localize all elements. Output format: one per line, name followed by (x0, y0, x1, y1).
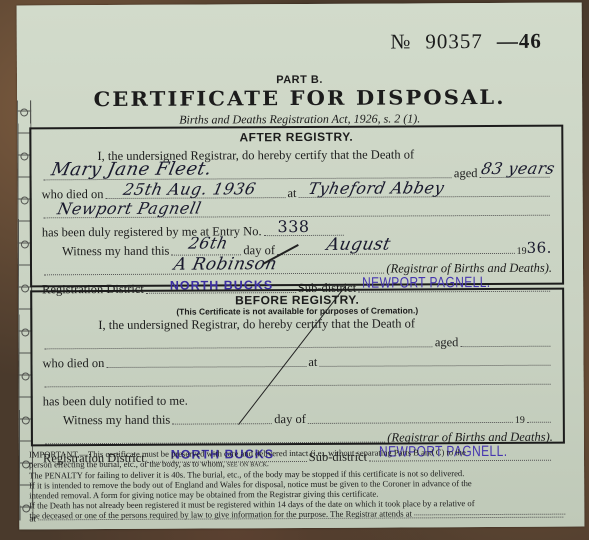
signature-field: A Robinson (44, 270, 384, 276)
witness-day-value: 26th (187, 233, 230, 252)
number-symbol: № (390, 29, 411, 54)
aged-value: 83 years (480, 159, 557, 178)
place-value-2: Newport Pagnell (56, 199, 203, 219)
at-place-field (319, 362, 550, 367)
name-field (44, 343, 432, 349)
before-registry-section: BEFORE REGISTRY. (This Certificate is no… (30, 288, 565, 447)
attends-at-field (38, 514, 564, 521)
witness-year-value: 36. (527, 239, 552, 257)
signature-field (45, 439, 385, 445)
after-registry-section: AFTER REGISTRY. I, the undersigned Regis… (29, 125, 564, 288)
deceased-name: Mary Jane Fleet. (49, 158, 213, 180)
witness-month-field: August (277, 250, 515, 255)
document-title: CERTIFICATE FOR DISPOSAL. (3, 84, 589, 111)
attends-at-line: at (29, 511, 565, 524)
aged-field: 83 years (480, 174, 550, 178)
aged-field (460, 343, 550, 347)
at-place-field: Tyheford Abbey (298, 193, 549, 198)
witness-day-field (172, 420, 272, 425)
number-suffix: —46 (497, 29, 542, 54)
witness-month-field (308, 419, 513, 424)
died-on-value: 25th Aug. 1936 (121, 179, 257, 199)
entry-no-value: 338 (277, 217, 309, 236)
witness-year-field (527, 419, 551, 423)
important-notice: IMPORTANT.—This certificate must be pres… (29, 447, 567, 521)
number-value: 90357 (425, 29, 483, 54)
witness-month-value: August (325, 235, 393, 255)
died-on-field (106, 363, 306, 368)
certificate-paper: № 90357 —46 PART B. CERTIFICATE FOR DISP… (17, 3, 585, 530)
at-place-value: Tyheford Abbey (306, 178, 445, 198)
certificate-number: № 90357 —46 (390, 29, 542, 55)
